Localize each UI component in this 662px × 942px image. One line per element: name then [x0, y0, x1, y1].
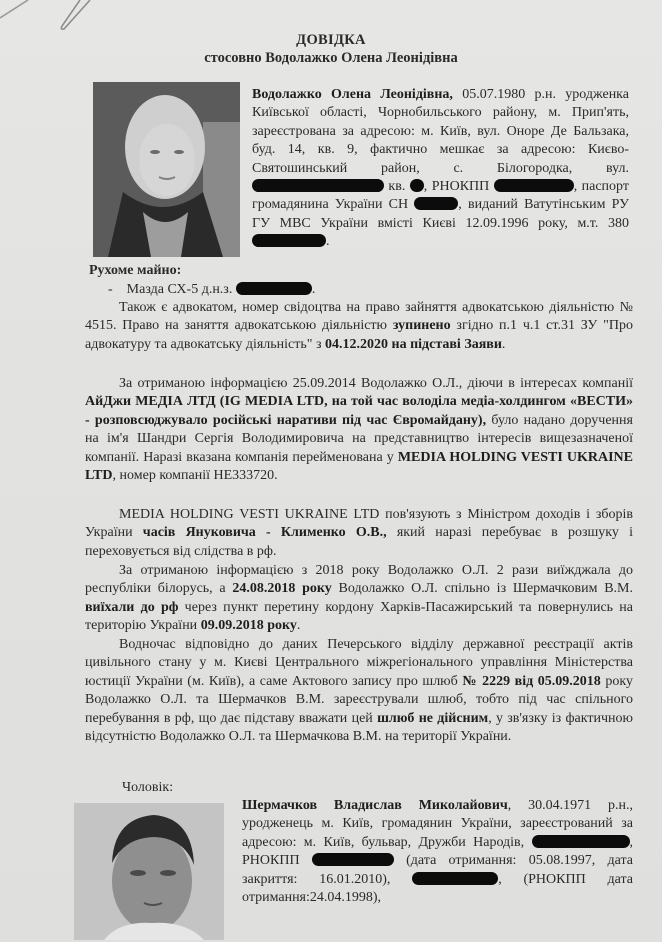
- redacted-tax-id-husband: [312, 853, 394, 866]
- redacted-building: [532, 835, 630, 848]
- redacted-plate: [236, 282, 312, 295]
- husband-label: Чоловік:: [122, 780, 173, 796]
- redacted-tax-id: [494, 179, 574, 192]
- husband-details: Шермачков Владислав Миколайович, 30.04.1…: [242, 797, 633, 907]
- subject-details: Водолажко Олена Леонідівна, 05.07.1980 р…: [252, 86, 629, 252]
- movable-property-item: - Мазда СХ-5 д.н.з. .: [108, 282, 315, 298]
- redacted-tax-id-2: [412, 872, 498, 885]
- husband-photo: [74, 803, 224, 940]
- document-subtitle: стосовно Водолажко Олена Леонідівна: [0, 50, 662, 67]
- paragraph-lawyer: Також є адвокатом, номер свідоцтва на пр…: [85, 299, 633, 354]
- paragraph-media: За отриманою інформацією 25.09.2014 Водо…: [85, 375, 633, 485]
- document-title: ДОВІДКА: [0, 32, 662, 49]
- paragraph-marriage: Водночас відповідно до даних Печерського…: [85, 636, 633, 746]
- paragraph-travel: За отриманою інформацією з 2018 року Вод…: [85, 562, 633, 636]
- movable-property-label: Рухоме майно:: [89, 263, 181, 279]
- husband-name: Шермачков Владислав Миколайович: [242, 798, 508, 813]
- subject-photo: [93, 82, 240, 257]
- subject-name: Водолажко Олена Леонідівна,: [252, 87, 453, 102]
- redacted-phone: [252, 234, 326, 247]
- paragraph-minister: MEDIA HOLDING VESTI UKRAINE LTD пов'язую…: [85, 506, 633, 561]
- redacted-passport: [414, 197, 458, 210]
- document-page: ДОВІДКА стосовно Водолажко Олена Леоніді…: [0, 0, 662, 942]
- redacted-apartment: [410, 179, 424, 192]
- redacted-street: [252, 179, 384, 192]
